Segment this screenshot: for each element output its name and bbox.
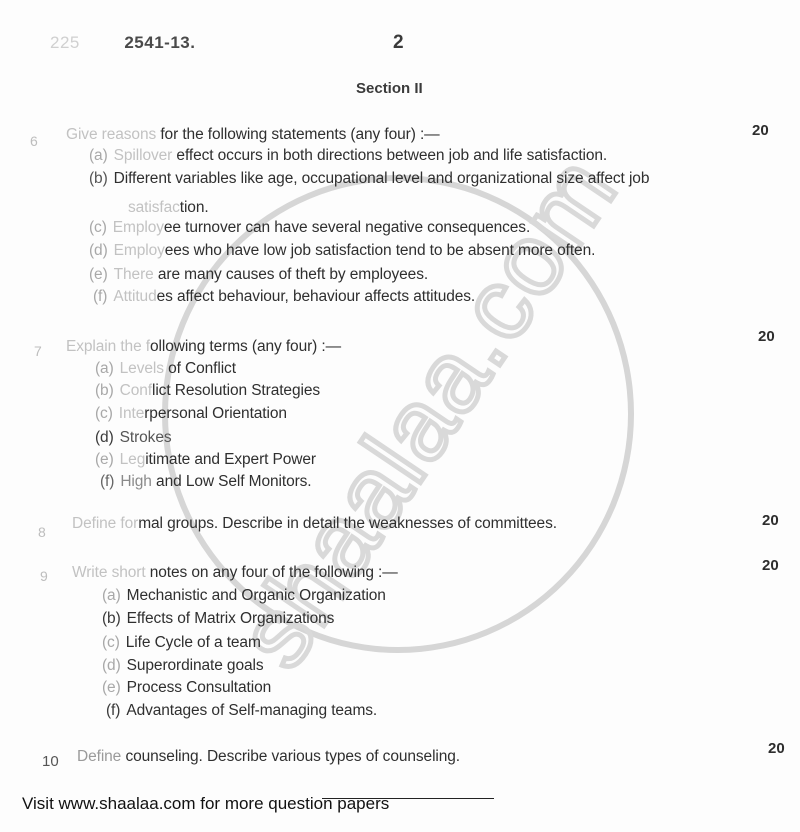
question-6-item-b-continuation: satisfaction. bbox=[128, 199, 209, 217]
item-label: (d) bbox=[102, 657, 121, 674]
item-faded-text: Inte bbox=[119, 405, 144, 422]
item-faded-text: Employ bbox=[113, 219, 164, 236]
item-text: Strokes bbox=[120, 429, 172, 446]
question-10-marks: 20 bbox=[768, 740, 785, 757]
question-8-prompt: Define formal groups. Describe in detail… bbox=[72, 515, 557, 533]
item-faded-text: High bbox=[120, 473, 151, 490]
question-7-prompt: Explain the following terms (any four) :… bbox=[66, 338, 341, 356]
question-6-marks: 20 bbox=[752, 122, 769, 139]
item-text: are many causes of theft by employees. bbox=[158, 266, 428, 283]
item-label: (f) bbox=[100, 473, 114, 490]
question-9-item-e: (e)Process Consultation bbox=[102, 679, 271, 697]
question-6-prompt: Give reasons for the following statement… bbox=[66, 126, 440, 144]
question-9-item-b: (b)Effects of Matrix Organizations bbox=[102, 610, 334, 628]
question-8-marks: 20 bbox=[762, 512, 779, 529]
item-faded-text: Attitud bbox=[113, 288, 156, 305]
question-6-item-a: (a)Spillover effect occurs in both direc… bbox=[89, 147, 607, 165]
question-6-prompt-faded: Give reasons bbox=[66, 126, 156, 143]
question-7-item-a: (a)Levels of Conflict bbox=[95, 360, 236, 378]
item-faded-text: satisfac bbox=[128, 199, 180, 216]
question-9-prompt: Write short notes on any four of the fol… bbox=[72, 564, 398, 582]
question-10-prompt-text: counseling. Describe various types of co… bbox=[125, 748, 460, 765]
item-text: itimate and Expert Power bbox=[145, 451, 316, 468]
question-7-prompt-text: ollowing terms (any four) :— bbox=[150, 338, 341, 355]
item-text: Process Consultation bbox=[127, 679, 271, 696]
footer-rule bbox=[322, 798, 494, 799]
item-label: (e) bbox=[102, 679, 121, 696]
item-text: and Low Self Monitors. bbox=[156, 473, 311, 490]
paper-code: 225 2541-13. bbox=[50, 33, 195, 53]
item-text: tion. bbox=[180, 199, 209, 216]
item-label: (a) bbox=[102, 587, 121, 604]
item-label: (d) bbox=[95, 429, 114, 446]
item-label: (d) bbox=[89, 242, 108, 259]
question-8-prompt-text: mal groups. Describe in detail the weakn… bbox=[138, 515, 557, 532]
item-text: Advantages of Self-managing teams. bbox=[126, 702, 377, 719]
item-text: rpersonal Orientation bbox=[144, 405, 287, 422]
item-text: Effects of Matrix Organizations bbox=[127, 610, 335, 627]
question-9-item-a: (a)Mechanistic and Organic Organization bbox=[102, 587, 386, 605]
item-label: (c) bbox=[89, 219, 107, 236]
item-label: (b) bbox=[89, 170, 108, 187]
question-9-number: 9 bbox=[40, 568, 48, 584]
question-9-prompt-text: notes on any four of the following :— bbox=[150, 564, 398, 581]
item-text: es affect behaviour, behaviour affects a… bbox=[157, 288, 476, 305]
item-faded-text: Conf bbox=[120, 382, 152, 399]
item-text: ee turnover can have several negative co… bbox=[164, 219, 530, 236]
paper-code-faded: 225 bbox=[50, 33, 80, 52]
question-9-prompt-faded: Write short bbox=[72, 564, 146, 581]
question-7-number: 7 bbox=[34, 343, 42, 359]
page-number: 2 bbox=[393, 32, 404, 54]
item-text: of Conflict bbox=[168, 360, 236, 377]
question-7-prompt-faded: Explain the f bbox=[66, 338, 150, 355]
question-7-marks: 20 bbox=[758, 328, 775, 345]
item-text: Superordinate goals bbox=[127, 657, 264, 674]
question-9-item-f: (f)Advantages of Self-managing teams. bbox=[106, 702, 377, 720]
item-text: ees who have low job satisfaction tend t… bbox=[165, 242, 596, 259]
question-7-item-d: (d)Strokes bbox=[95, 429, 172, 447]
exam-page: shaalaa.com 225 2541-13. 2 Section II 6 … bbox=[0, 0, 800, 832]
item-text: Mechanistic and Organic Organization bbox=[127, 587, 386, 604]
item-text: effect occurs in both directions between… bbox=[176, 147, 607, 164]
question-6-item-f: (f)Attitudes affect behaviour, behaviour… bbox=[93, 288, 475, 306]
question-8-number: 8 bbox=[38, 524, 46, 540]
question-7-item-b: (b)Conflict Resolution Strategies bbox=[95, 382, 320, 400]
section-title: Section II bbox=[356, 80, 423, 97]
item-label: (c) bbox=[95, 405, 113, 422]
question-7-item-e: (e)Legitimate and Expert Power bbox=[95, 451, 316, 469]
question-10-prompt-faded: Define bbox=[77, 748, 121, 765]
footer-link-text[interactable]: Visit www.shaalaa.com for more question … bbox=[22, 794, 389, 814]
item-label: (e) bbox=[95, 451, 114, 468]
question-10-number: 10 bbox=[42, 753, 59, 770]
question-6-item-b: (b)Different variables like age, occupat… bbox=[89, 170, 649, 188]
item-label: (c) bbox=[102, 634, 120, 651]
question-9-item-c: (c)Life Cycle of a team bbox=[102, 634, 261, 652]
item-label: (f) bbox=[106, 702, 120, 719]
question-8-prompt-faded: Define for bbox=[72, 515, 138, 532]
item-label: (a) bbox=[89, 147, 108, 164]
item-label: (b) bbox=[102, 610, 121, 627]
item-faded-text: Leg bbox=[120, 451, 146, 468]
item-faded-text: Levels bbox=[120, 360, 164, 377]
question-6-item-d: (d)Employees who have low job satisfacti… bbox=[89, 242, 595, 260]
question-6-number: 6 bbox=[30, 133, 38, 149]
item-label: (b) bbox=[95, 382, 114, 399]
question-10-prompt: Define counseling. Describe various type… bbox=[77, 748, 460, 766]
question-7-item-c: (c)Interpersonal Orientation bbox=[95, 405, 287, 423]
item-text: Life Cycle of a team bbox=[126, 634, 261, 651]
item-label: (a) bbox=[95, 360, 114, 377]
item-faded-text: There bbox=[114, 266, 154, 283]
question-9-marks: 20 bbox=[762, 557, 779, 574]
paper-code-number: 2541-13. bbox=[124, 33, 195, 52]
item-faded-text: Spillover bbox=[114, 147, 173, 164]
question-7-item-f: (f)High and Low Self Monitors. bbox=[100, 473, 312, 491]
question-6-prompt-text: for the following statements (any four) … bbox=[160, 126, 439, 143]
question-6-item-e: (e)There are many causes of theft by emp… bbox=[89, 266, 428, 284]
question-9-item-d: (d)Superordinate goals bbox=[102, 657, 264, 675]
question-6-item-c: (c)Employee turnover can have several ne… bbox=[89, 219, 530, 237]
item-label: (f) bbox=[93, 288, 107, 305]
item-text: Different variables like age, occupation… bbox=[114, 170, 650, 187]
item-text: lict Resolution Strategies bbox=[152, 382, 320, 399]
item-faded-text: Employ bbox=[114, 242, 165, 259]
item-label: (e) bbox=[89, 266, 108, 283]
